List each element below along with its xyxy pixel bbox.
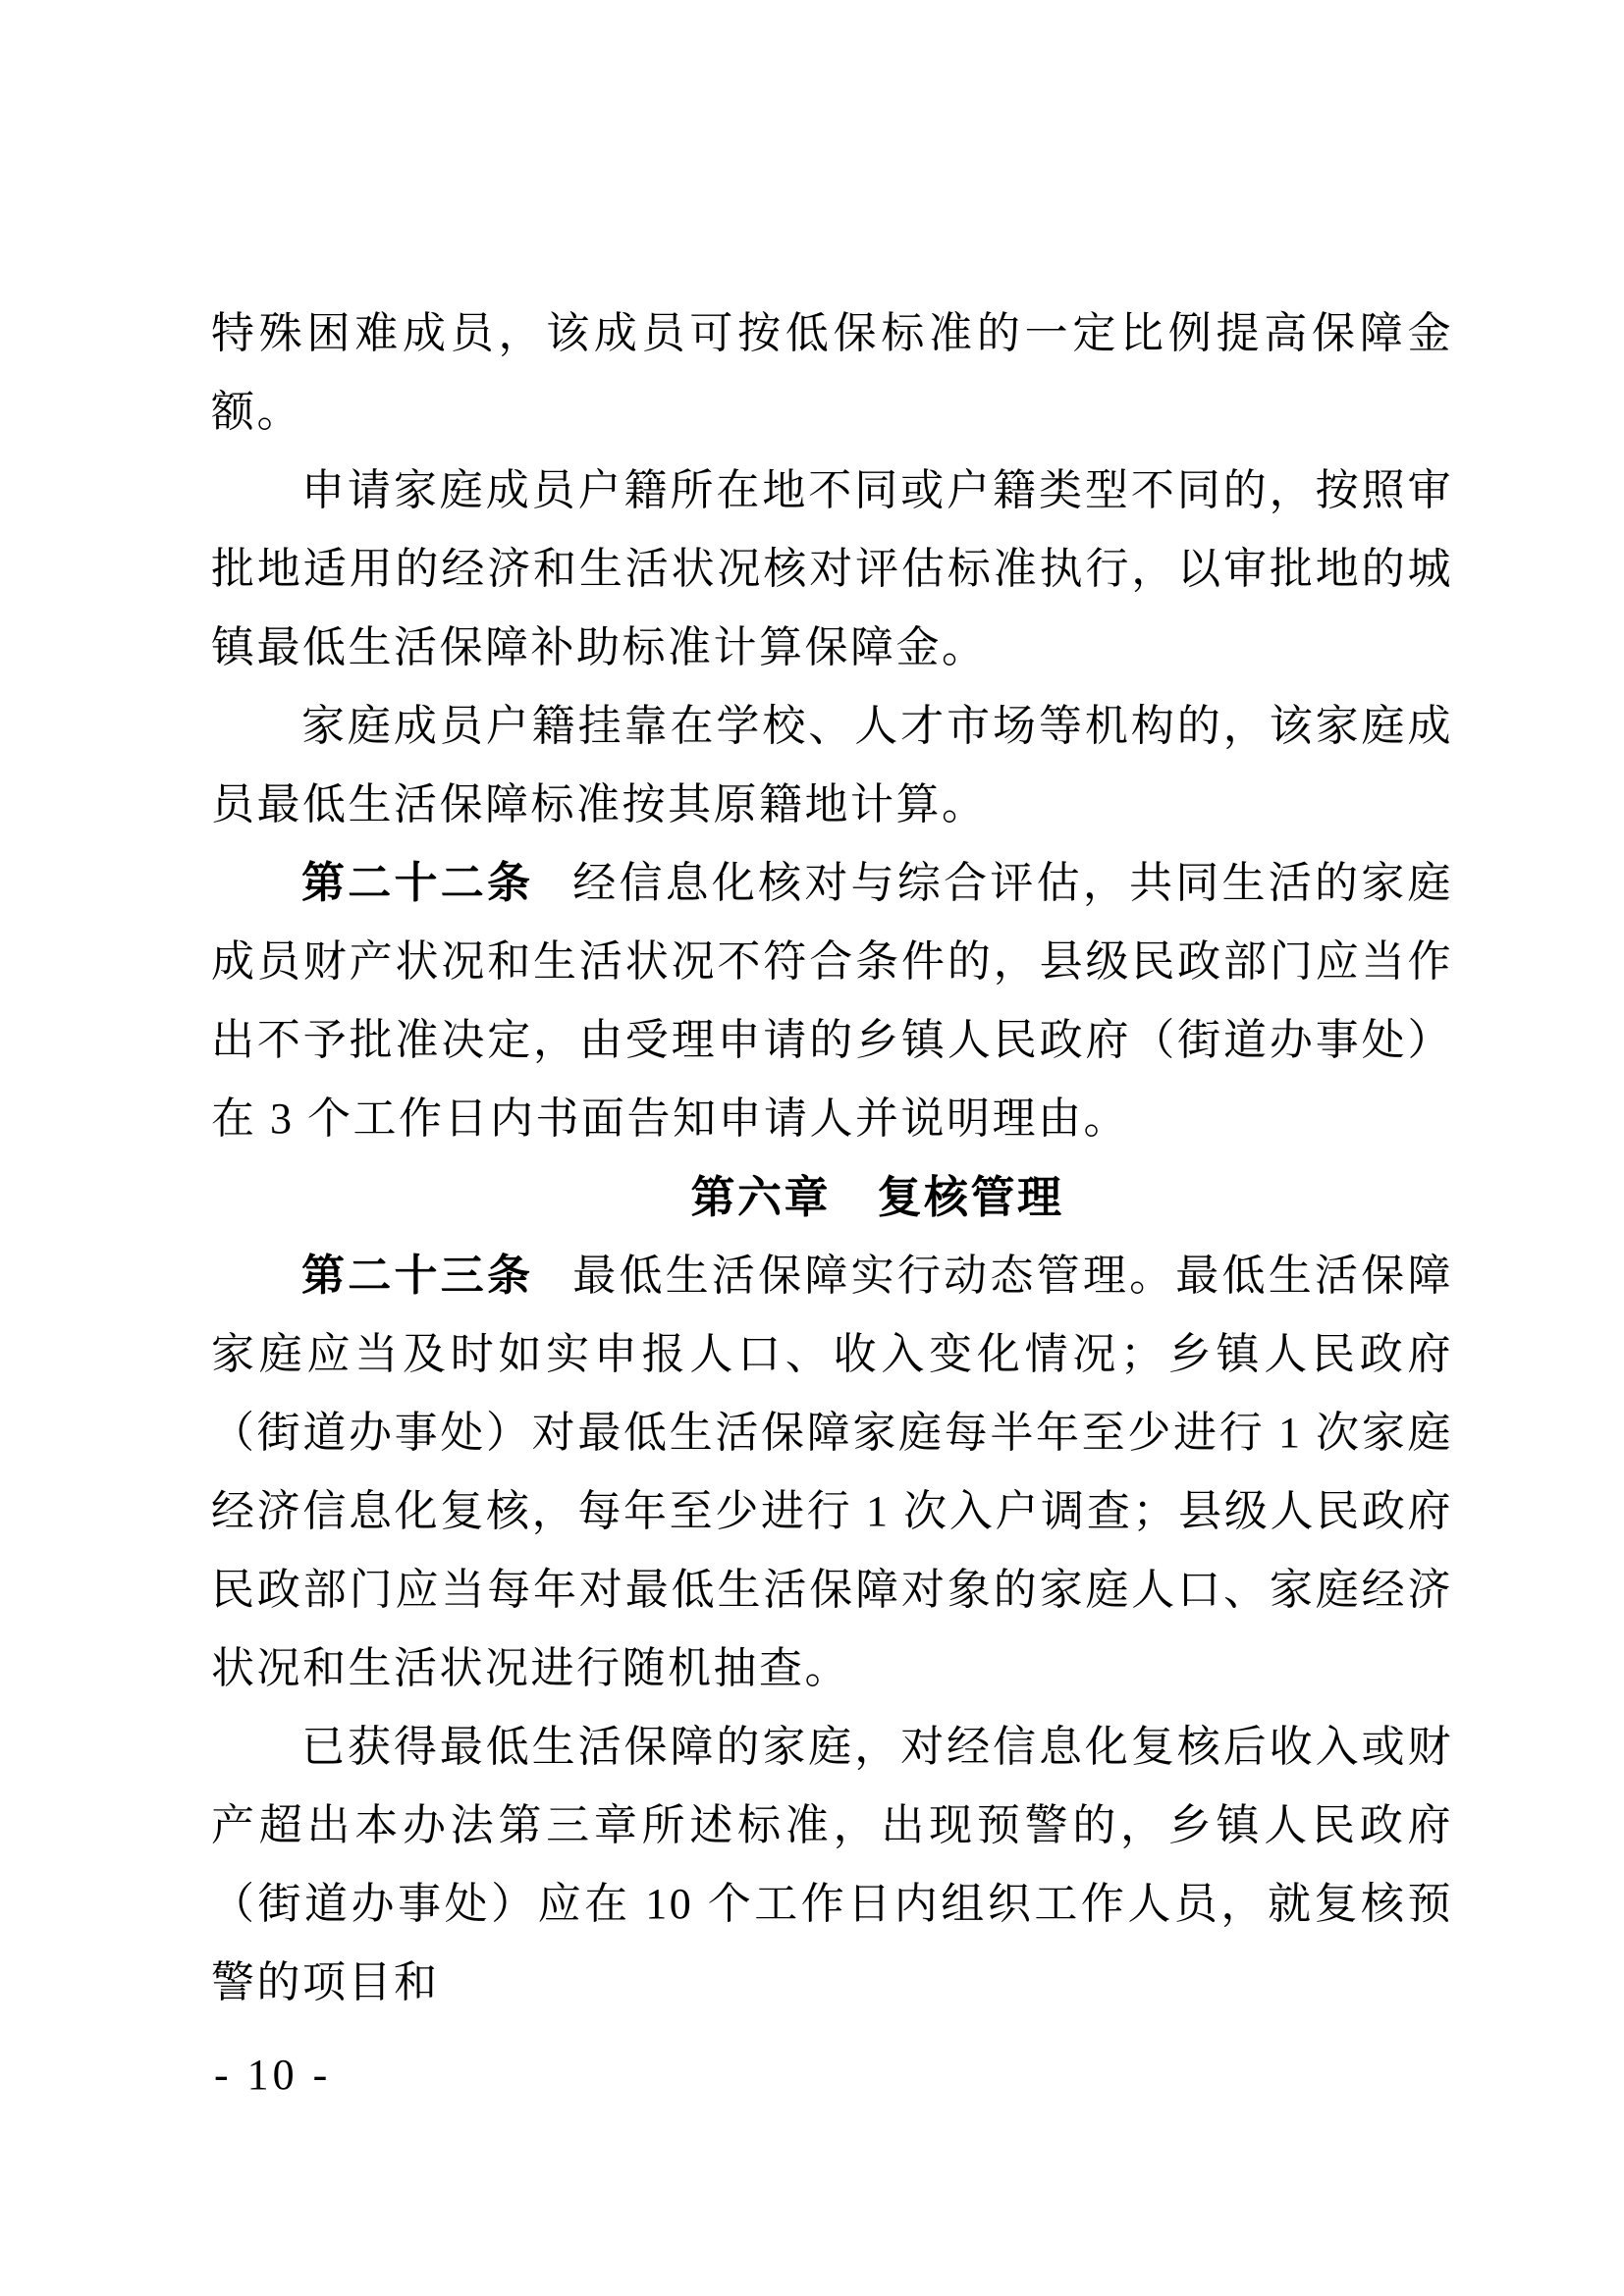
chapter-6-heading: 第六章 复核管理	[211, 1158, 1453, 1237]
paragraph-hukou-different: 申请家庭成员户籍所在地不同或户籍类型不同的，按照审批地适用的经济和生活状况核对评…	[211, 452, 1453, 687]
article-23-label: 第二十三条	[301, 1252, 533, 1300]
paragraph-article-22: 第二十二条经信息化核对与综合评估，共同生活的家庭成员财产状况和生活状况不符合条件…	[211, 844, 1453, 1158]
paragraph-hukou-attached: 家庭成员户籍挂靠在学校、人才市场等机构的，该家庭成员最低生活保障标准按其原籍地计…	[211, 687, 1453, 844]
document-body: 特殊困难成员，该成员可按低保标准的一定比例提高保障金额。 申请家庭成员户籍所在地…	[211, 294, 1453, 2022]
article-23-text: 最低生活保障实行动态管理。最低生活保障家庭应当及时如实申报人口、收入变化情况；乡…	[211, 1252, 1453, 1692]
document-page: 特殊困难成员，该成员可按低保标准的一定比例提高保障金额。 申请家庭成员户籍所在地…	[0, 0, 1624, 2296]
paragraph-warning-recheck: 已获得最低生活保障的家庭，对经信息化复核后收入或财产超出本办法第三章所述标准，出…	[211, 1708, 1453, 2022]
article-22-label: 第二十二条	[301, 859, 533, 907]
paragraph-special-member: 特殊困难成员，该成员可按低保标准的一定比例提高保障金额。	[211, 294, 1453, 452]
paragraph-article-23: 第二十三条最低生活保障实行动态管理。最低生活保障家庭应当及时如实申报人口、收入变…	[211, 1237, 1453, 1708]
page-number: - 10 -	[214, 2052, 331, 2099]
